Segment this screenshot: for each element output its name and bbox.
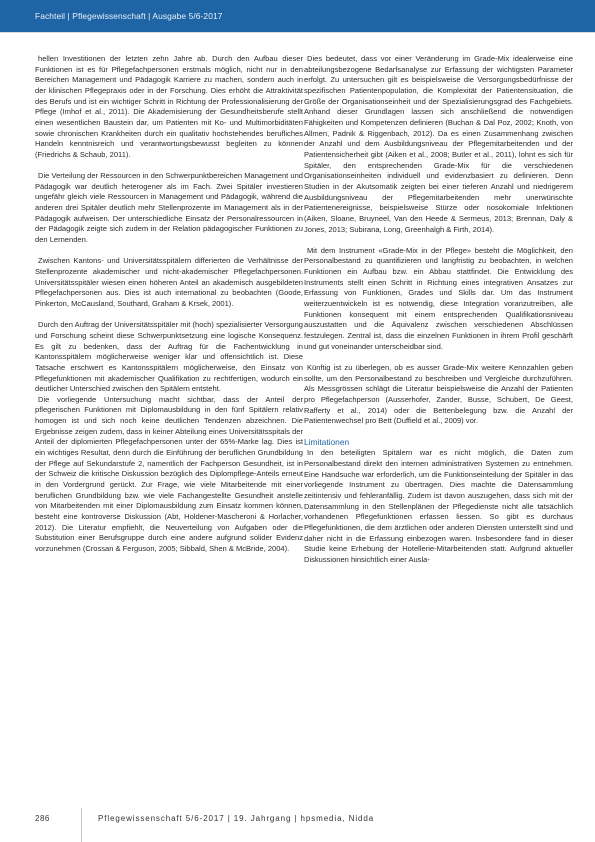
paragraph: In den beteiligten Spitälern war es nich… — [304, 448, 573, 565]
paragraph: Zwischen Kantons- und Universitätsspitäl… — [35, 256, 303, 309]
header-bar: Fachteil | Pflegewissenschaft | Ausgabe … — [0, 0, 595, 32]
publication-line: Pflegewissenschaft 5/6-2017 | 19. Jahrga… — [98, 814, 374, 823]
paragraph: Künftig ist zu überlegen, ob es ausser G… — [304, 363, 573, 427]
paragraph: Dies bedeutet, dass vor einer Veränderun… — [304, 54, 573, 235]
paragraph: hellen Investitionen der letzten zehn Ja… — [35, 54, 303, 161]
header-divider — [0, 32, 595, 33]
paragraph: Die vorliegende Untersuchung macht sicht… — [35, 395, 303, 555]
right-column: Dies bedeutet, dass vor einer Veränderun… — [304, 54, 573, 566]
paragraph: Mit dem Instrument «Grade-Mix in der Pfl… — [304, 246, 573, 353]
paragraph: Die Verteilung der Ressourcen in den Sch… — [35, 171, 303, 246]
running-head: Fachteil | Pflegewissenschaft | Ausgabe … — [35, 11, 222, 21]
page-number: 286 — [35, 814, 50, 823]
section-heading-limitationen: Limitationen — [304, 437, 573, 448]
footer-divider — [81, 808, 82, 842]
left-column: hellen Investitionen der letzten zehn Ja… — [35, 54, 303, 565]
paragraph: Durch den Auftrag der Universitätsspitäl… — [35, 320, 303, 395]
